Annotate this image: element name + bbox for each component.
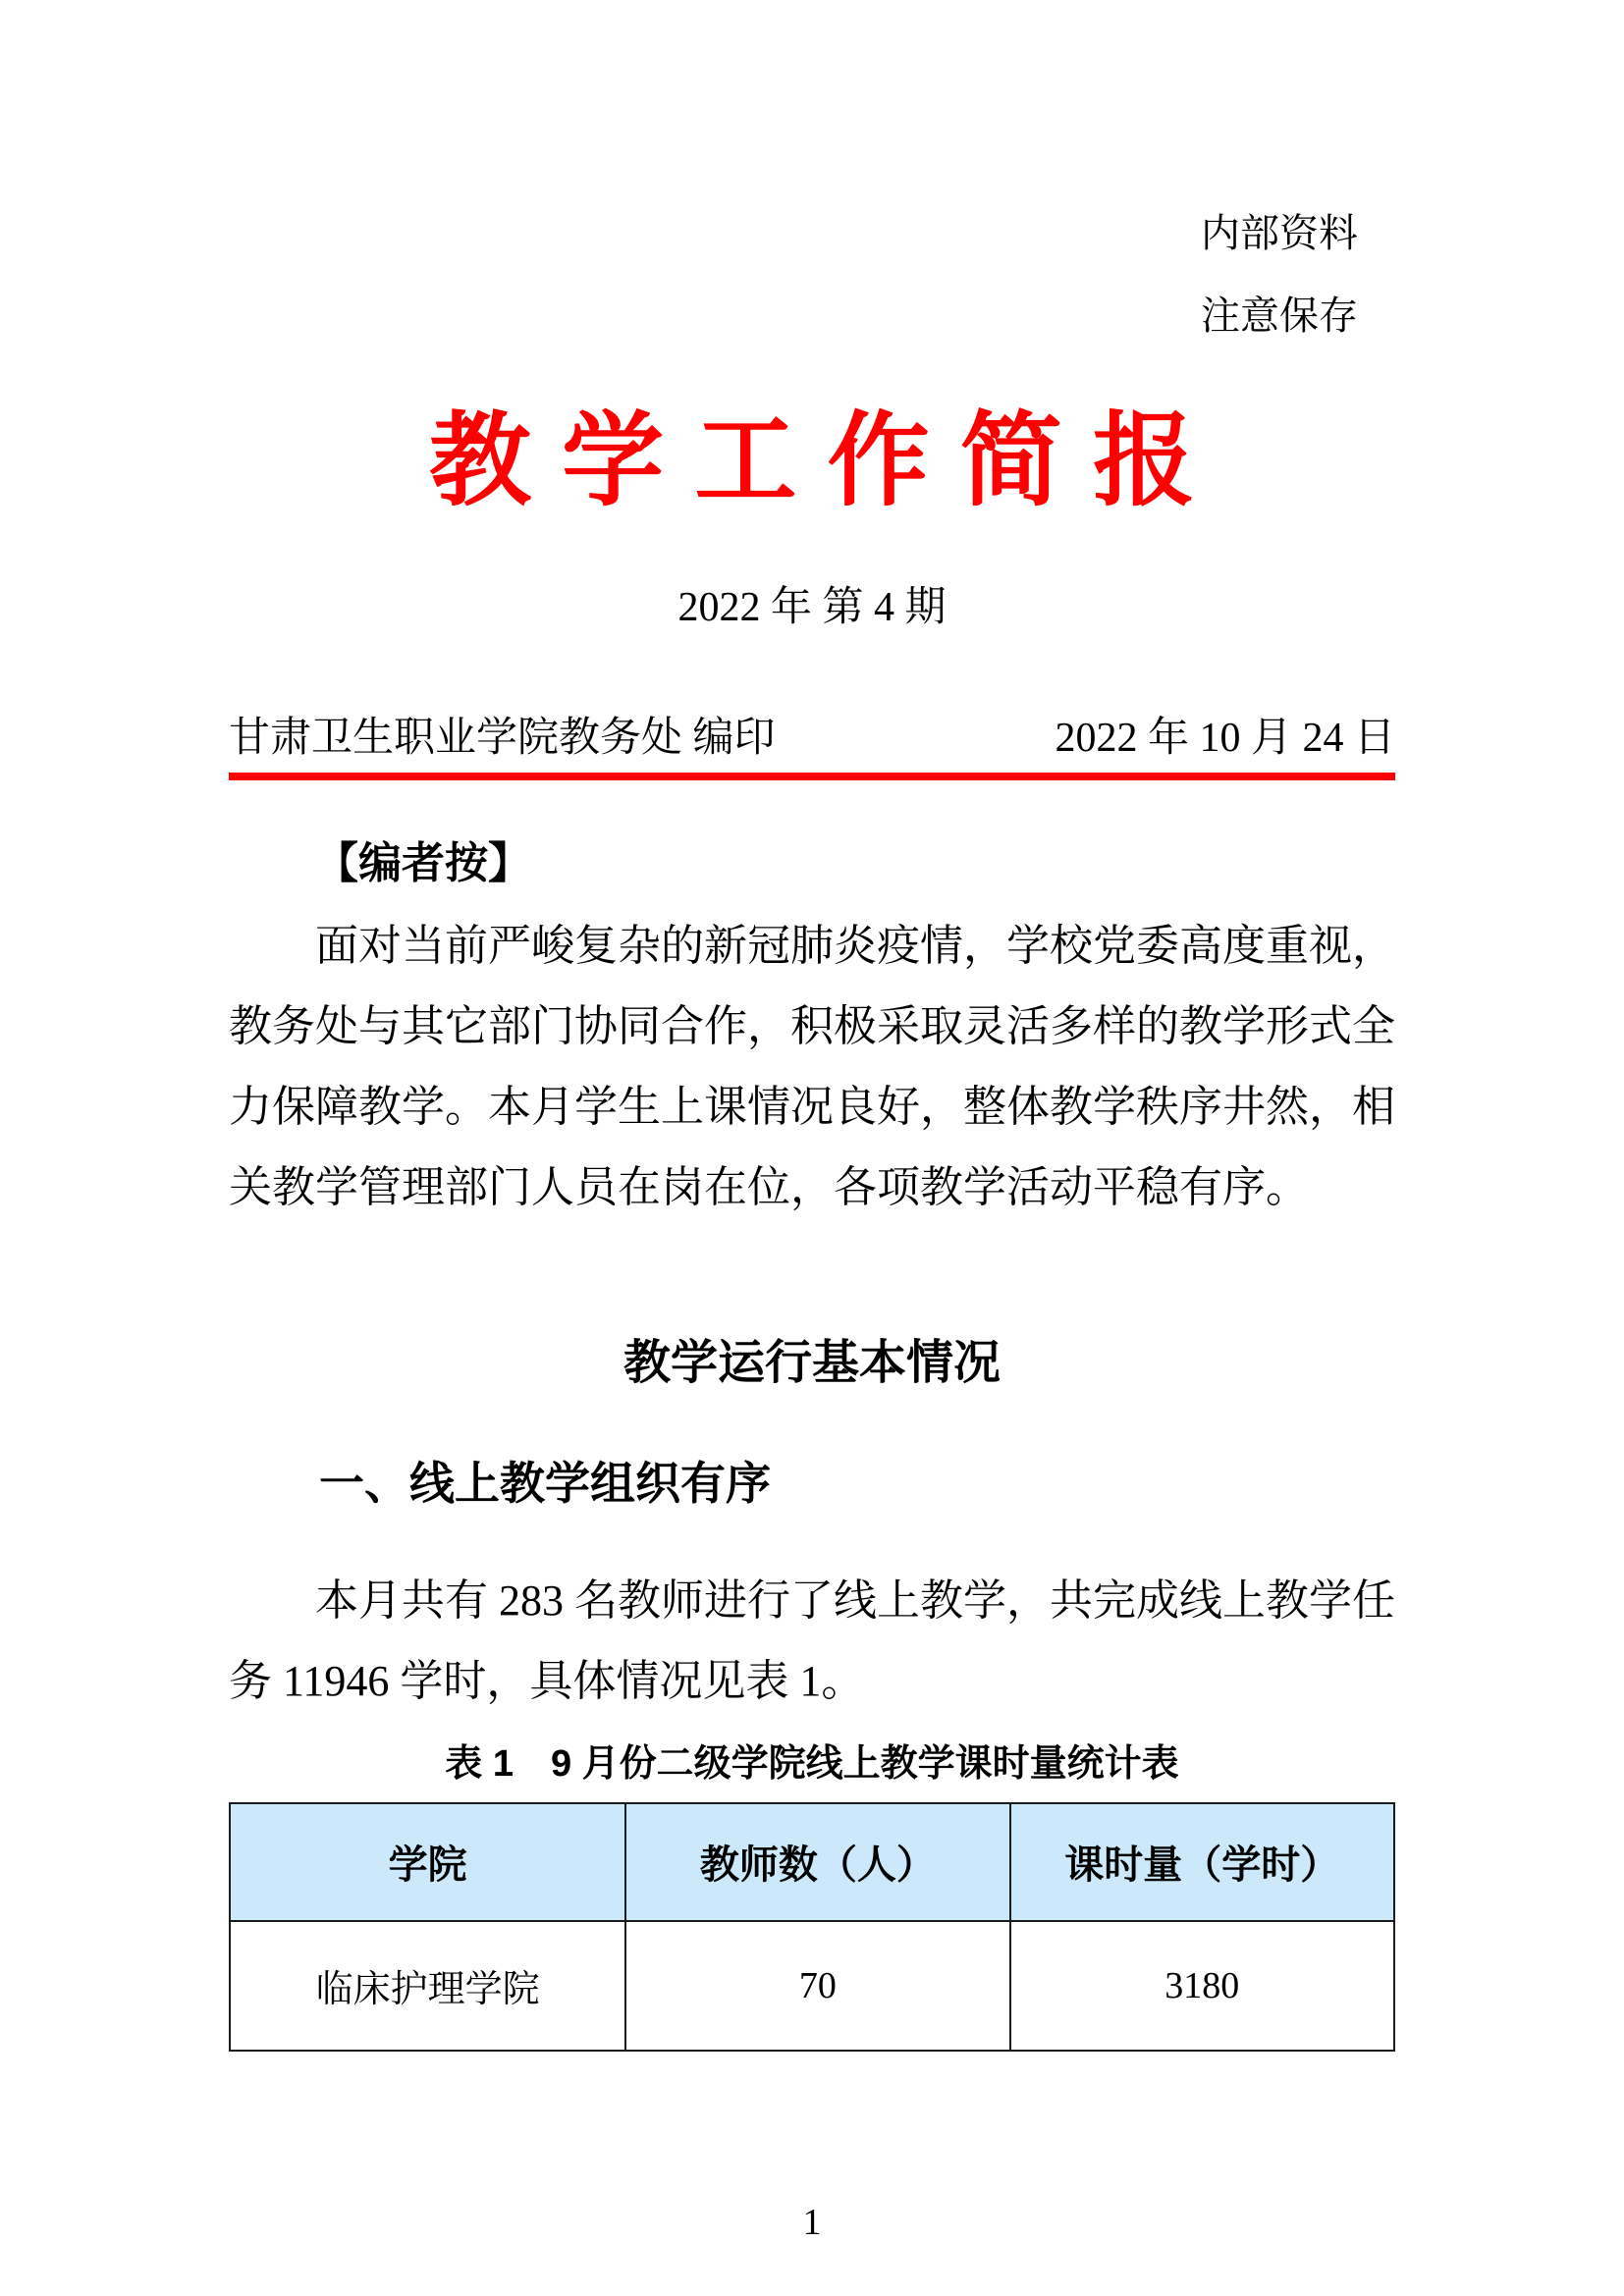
- section-heading: 教学运行基本情况: [229, 1334, 1395, 1393]
- issue-line: 2022 年 第 4 期: [229, 583, 1395, 632]
- section-body: 本月共有 283 名教师进行了线上教学，共完成线上教学任务 11946 学时，具…: [229, 1561, 1395, 1722]
- header-cell-college: 学院: [230, 1803, 625, 1921]
- header-cell-teachers: 教师数（人）: [625, 1803, 1009, 1921]
- editor-note-body: 面对当前严峻复杂的新冠肺炎疫情，学校党委高度重视，教务处与其它部门协同合作，积极…: [229, 906, 1395, 1228]
- publish-date: 2022 年 10 月 24 日: [1055, 713, 1395, 764]
- masthead-row: 甘肃卫生职业学院教务处 编印 2022 年 10 月 24 日: [229, 713, 1395, 764]
- stats-table-body: 临床护理学院 70 3180: [230, 1921, 1394, 2051]
- stats-table-head: 学院 教师数（人） 课时量（学时）: [230, 1803, 1394, 1921]
- cell-college: 临床护理学院: [230, 1921, 625, 2051]
- editor-note-heading: 【编者按】: [229, 835, 1395, 891]
- page-number: 1: [229, 2201, 1395, 2246]
- cell-teachers: 70: [625, 1921, 1009, 2051]
- red-divider: [229, 773, 1395, 780]
- document-page: 内部资料 注意保存 教学工作简报 2022 年 第 4 期 甘肃卫生职业学院教务…: [0, 0, 1624, 2296]
- cell-hours: 3180: [1010, 1921, 1394, 2051]
- stats-table: 学院 教师数（人） 课时量（学时） 临床护理学院 70 3180: [229, 1802, 1395, 2052]
- corner-notice-line2: 注意保存: [229, 275, 1358, 357]
- table-header-row: 学院 教师数（人） 课时量（学时）: [230, 1803, 1394, 1921]
- table-caption: 表 1 9 月份二级学院线上教学课时量统计表: [229, 1741, 1395, 1789]
- masthead-title: 教学工作简报: [229, 399, 1395, 526]
- table-row: 临床护理学院 70 3180: [230, 1921, 1394, 2051]
- corner-notice: 内部资料 注意保存: [229, 192, 1395, 357]
- page-content: 内部资料 注意保存 教学工作简报 2022 年 第 4 期 甘肃卫生职业学院教务…: [229, 0, 1395, 2245]
- publisher-line: 甘肃卫生职业学院教务处 编印: [229, 713, 776, 764]
- header-cell-hours: 课时量（学时）: [1010, 1803, 1394, 1921]
- corner-notice-line1: 内部资料: [229, 192, 1358, 275]
- section-subheading: 一、线上教学组织有序: [229, 1456, 1395, 1513]
